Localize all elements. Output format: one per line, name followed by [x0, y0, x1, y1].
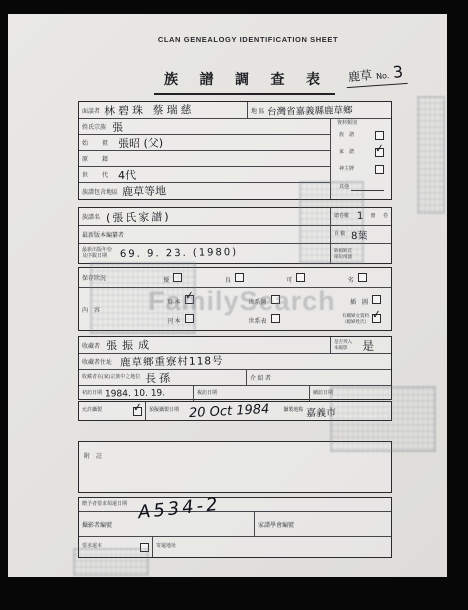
category-box: 資料類別 族 譜 ✓ 家 譜 ✓ 神主牌 ✓ 其他 [330, 119, 391, 199]
option-zupu-label: 族 譜 [339, 133, 354, 139]
holder-position-value: 長孫 [145, 369, 173, 385]
damage-label-line2: 部份漫漶 [334, 254, 352, 260]
photographer-no-label: 攝影者編號 [82, 520, 112, 529]
content-table: 世系表 ✓ [249, 310, 280, 328]
interviewer-value: 林碧珠 蔡瑞慈 [104, 101, 195, 119]
watermark-stamp [417, 96, 445, 214]
mail-address-label: 寄還地址 [156, 544, 176, 550]
section-book-table: 族譜名 (張氏家譜) 總卷數 1 冊 卷 最新版本編纂者 頁 數 8葉 [78, 207, 392, 264]
section-remarks-table: 附 註 [78, 441, 392, 493]
filming-date-value: 20 Oct 1984 [189, 401, 270, 420]
chart-checkbox: ✓ [271, 295, 280, 304]
check-mark: ✓ [374, 142, 385, 154]
coverage-value: 鹿草等地 [122, 183, 166, 200]
section-identity-table: 面談者 林碧珠 蔡瑞慈 地 區 台灣省嘉義縣鹿草鄉 姓氏宗族 張 始 祖 張昭 … [78, 101, 392, 200]
content-label: 內 容 [82, 305, 100, 314]
third-visit-label: 續訪日期 [313, 391, 333, 397]
page-number: 鹿草 No. 3 [345, 62, 408, 88]
compiler-label: 最新版本編纂者 [82, 230, 124, 239]
damage-label: 缺損缺頁 部份漫漶 [334, 248, 352, 260]
women-checkbox: ✓ [372, 314, 381, 323]
request-return-checkbox: ✓ [140, 543, 149, 552]
pubdate-label-line1: 最新出版年份 [82, 248, 112, 254]
area-value: 台灣省嘉義縣鹿草鄉 [266, 102, 352, 117]
holder-address-label: 收藏者住址 [82, 357, 112, 366]
condition-poor-checkbox: ✓ [358, 273, 367, 282]
printed-checkbox: ✓ [185, 314, 194, 323]
request-return-label: 要求還本 [82, 544, 102, 550]
section-filming-table: 允許攝製 ✓ 預擬攝製日期 20 Oct 1984 攝製地點 嘉義市 [78, 401, 392, 421]
damage-label-line1: 缺損缺頁 [334, 248, 352, 254]
filming-place-value: 嘉義市 [306, 403, 336, 419]
permit-checkbox: ✓ [133, 407, 142, 416]
book-title-label: 族譜名 [82, 212, 100, 221]
microfilm-label: 是否列入 本縮影 [334, 339, 352, 351]
filming-place-label: 攝製地點 [283, 408, 303, 414]
donor-return-date-label: 贈予者要求領還日期 [82, 502, 127, 508]
holder-value: 張振成 [106, 337, 154, 354]
volumes-label: 總卷數 [334, 214, 349, 220]
ancestor-value: 張昭 (父) [118, 134, 163, 151]
content-women: 有關婦女資料 （媳婦姓氏） ✓ [342, 313, 381, 325]
volumes-unit2: 卷 [383, 214, 388, 220]
book-title-value: (張氏家譜) [106, 208, 171, 225]
generations-value: 4代 [118, 166, 136, 182]
pages-label: 頁 數 [334, 232, 345, 238]
table-checkbox: ✓ [271, 314, 280, 323]
section-holder-table: 收藏者 張振成 是否列入 本縮影 是 收藏者住址 鹿草鄉重寮村118号 收藏者在… [78, 336, 392, 400]
category-label: 資料類別 [337, 121, 386, 127]
generations-label: 世 代 [82, 170, 112, 179]
first-visit-label: 初訪日期 [82, 391, 102, 397]
introducer-label: 介 紹 者 [250, 373, 271, 382]
women-label: 有關婦女資料 （媳婦姓氏） [342, 313, 369, 325]
ancestor-label: 始 祖 [82, 138, 112, 147]
option-other-label: 其他 [339, 185, 349, 191]
society-no-label: 家譜學會編號 [258, 520, 294, 529]
option-tablet-label: 神主牌 [339, 167, 354, 173]
content-manuscript: 寫 本 ✓ [167, 291, 194, 309]
illustration-checkbox: ✓ [372, 295, 381, 304]
page-number-value: 3 [392, 62, 404, 82]
coverage-label: 族譜包含地區 [82, 187, 118, 196]
first-visit-value: 1984. 10. 19. [105, 388, 165, 399]
clan-label: 姓氏宗族 [82, 122, 106, 131]
condition-fair: 可 ✓ [286, 269, 305, 287]
scanned-genealogy-sheet: { "header": { "title_en": "CLAN GENEALOG… [0, 0, 468, 610]
manuscript-checkbox: ✓ [185, 295, 194, 304]
condition-poor: 劣 ✓ [348, 269, 367, 287]
filming-date-label: 預擬攝製日期 [149, 408, 179, 414]
chinese-title: 族 譜 調 查 表 [154, 69, 335, 95]
permit-label: 允許攝製 [82, 408, 102, 414]
section-condition-table: 保存狀況 優 ✓ 良 ✓ 可 ✓ 劣 ✓ 內 容 寫 本 ✓ 世系圖 ✓ 插 圖… [78, 267, 392, 331]
holder-position-label: 收藏者在(家)宗族中之地位 [82, 375, 140, 381]
pubdate-label: 最新出版年份 及序跋日期 [82, 248, 112, 260]
pages-value: 8葉 [351, 227, 368, 242]
condition-fair-checkbox: ✓ [296, 273, 305, 282]
other-blank-line [351, 182, 384, 191]
english-title: CLAN GENEALOGY IDENTIFICATION SHEET [78, 35, 418, 44]
holder-label: 收藏者 [82, 341, 100, 350]
holder-address-value: 鹿草鄉重寮村118号 [120, 353, 224, 370]
area-label: 地 區 [251, 106, 265, 115]
option-jiapu-checkbox: ✓ [375, 148, 384, 157]
condition-good: 良 ✓ [225, 269, 244, 287]
pubdate-label-line2: 及序跋日期 [82, 254, 112, 260]
page-number-label: No. [376, 71, 390, 81]
condition-excellent: 優 ✓ [163, 269, 182, 287]
volumes-value: 1 [356, 211, 363, 222]
page-number-place: 鹿草 [347, 66, 372, 85]
volumes-unit1: 冊 [370, 214, 375, 220]
content-printed: 刊 本 ✓ [167, 310, 194, 328]
document-page: CLAN GENEALOGY IDENTIFICATION SHEET 族 譜 … [8, 14, 447, 577]
pubdate-value: 69. 9. 23. (1980) [120, 247, 238, 260]
interviewer-label: 面談者 [82, 106, 100, 115]
clan-value: 張 [112, 118, 123, 134]
option-zupu-checkbox: ✓ [375, 131, 384, 140]
condition-excellent-checkbox: ✓ [173, 273, 182, 282]
content-illustration: 插 圖 ✓ [350, 291, 381, 309]
origin-label: 原 籍 [82, 154, 112, 163]
condition-label: 保存狀況 [82, 273, 106, 282]
second-visit-label: 複訪日期 [197, 391, 217, 397]
option-tablet-checkbox: ✓ [375, 165, 384, 174]
microfilm-value: 是 [362, 336, 374, 353]
option-jiapu-label: 家 譜 [339, 150, 354, 156]
section-footer-table: 贈予者要求領還日期 攝影者編號 家譜學會編號 要求還本 ✓ 寄還地址 [78, 497, 392, 558]
content-chart: 世系圖 ✓ [249, 291, 280, 309]
condition-good-checkbox: ✓ [235, 273, 244, 282]
remarks-label: 附 註 [84, 454, 102, 460]
